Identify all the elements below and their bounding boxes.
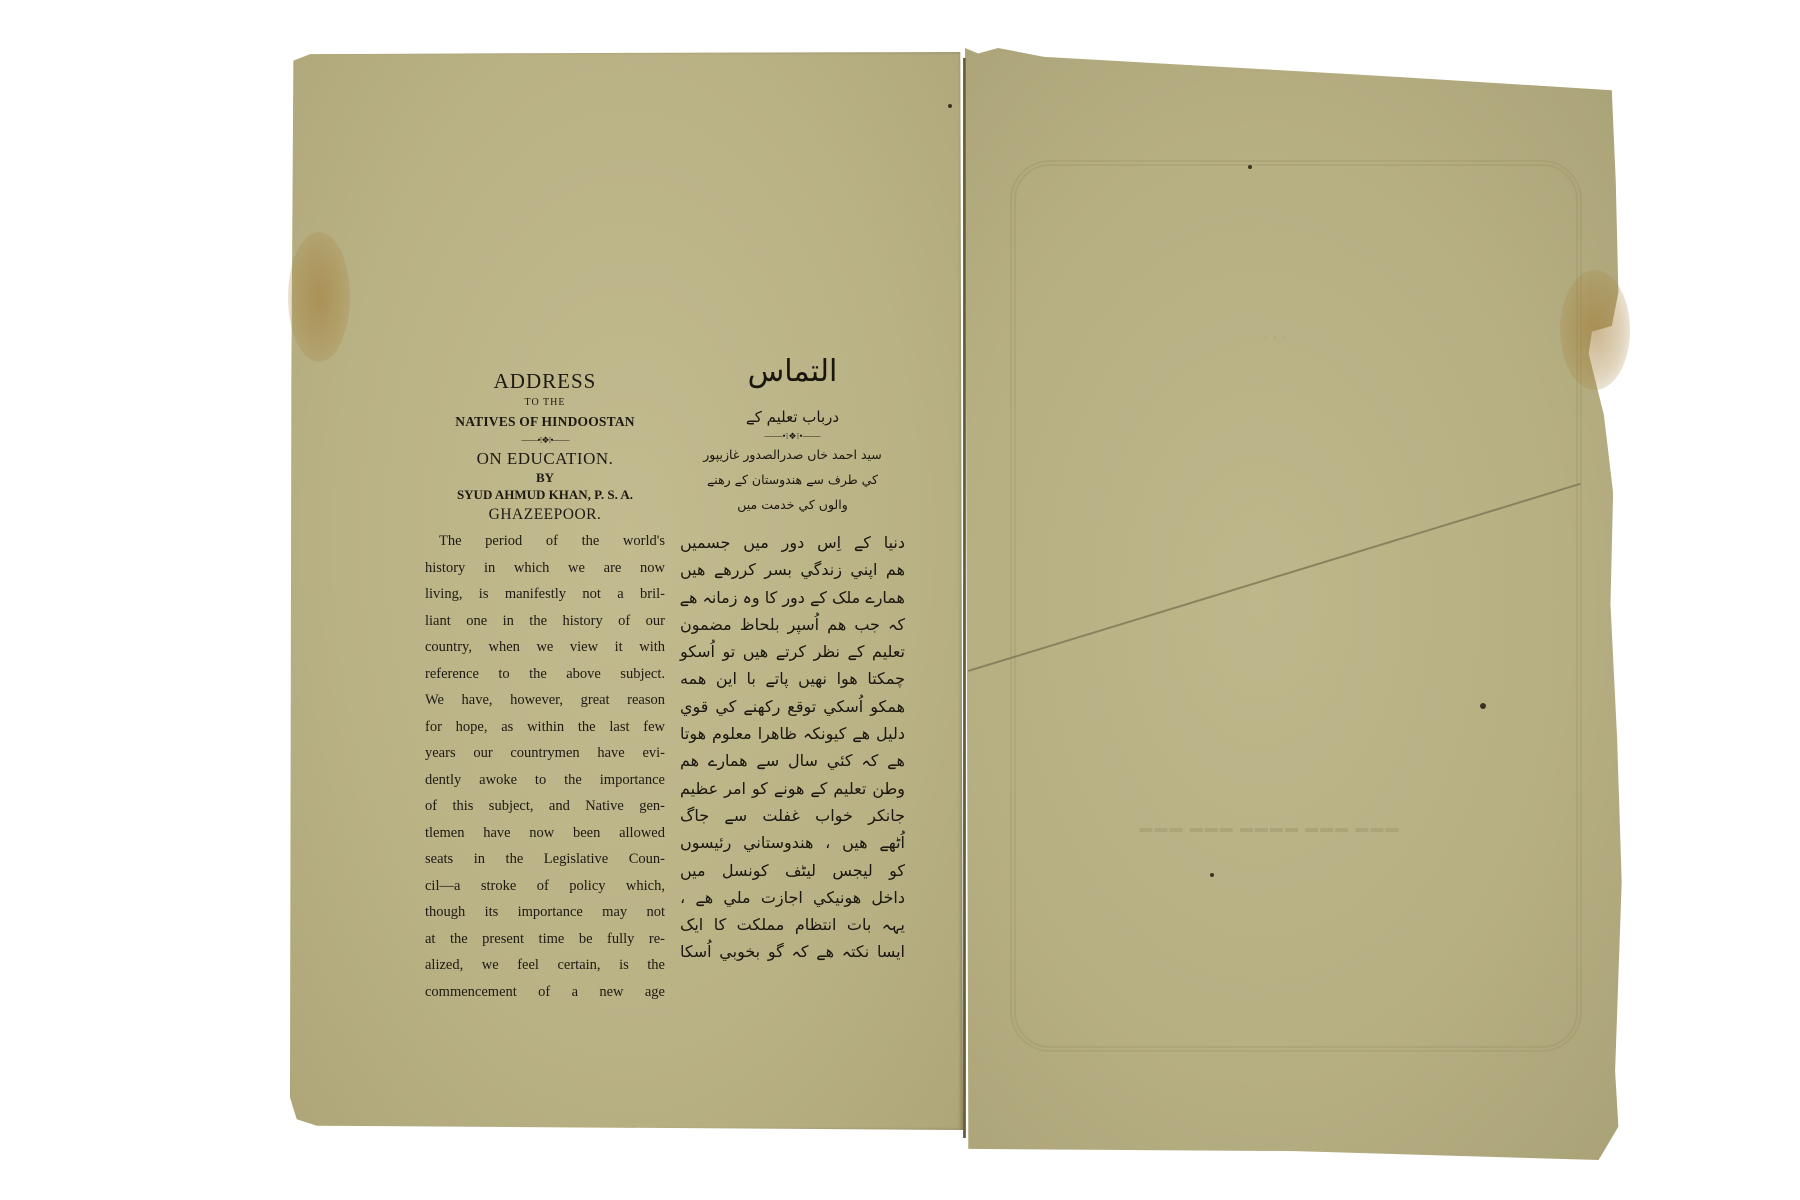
subject-heading: ON EDUCATION. [425, 448, 665, 470]
urdu-column: التماس درباب تعلیم کے ——•⁝❖⁝•—— سید احمد… [680, 350, 905, 966]
urdu-body-line: دلیل هے کیونکہ ظاهرا معلوم هوتا [680, 720, 905, 747]
urdu-body-line: دنیا کے اِس دور میں جسمیں [680, 529, 905, 556]
body-line: of this subject, and Native gen- [425, 793, 665, 820]
ornament-divider: ——•⁝❖⁝•—— [680, 430, 905, 442]
urdu-body-line: کہ جب هم اُسپر بلحاظ مضمون [680, 611, 905, 638]
book-gutter [963, 58, 966, 1138]
urdu-body-line: تعلیم کے نظر کرتے هیں تو اُسکو [680, 638, 905, 665]
body-line: The period of the world's [425, 528, 665, 555]
body-line: tlemen have now been allowed [425, 820, 665, 847]
author-name: SYUD AHMUD KHAN, P. S. A. [425, 486, 665, 504]
urdu-body-line: کو لیجس لیٹف کونسل میں [680, 857, 905, 884]
urdu-body-line: چمکتا هوا نهیں پاتے با این همه [680, 665, 905, 692]
water-stain-right [1560, 270, 1630, 390]
body-line: reference to the above subject. [425, 661, 665, 688]
urdu-body-line: وطن تعلیم کے هونے کو امر عظیم [680, 775, 905, 802]
urdu-subtitle: درباب تعلیم کے [680, 404, 905, 430]
by-label: BY [425, 470, 665, 486]
ink-fleck [1480, 703, 1486, 709]
body-line: alized, we feel certain, is the [425, 952, 665, 979]
urdu-body-line: ایسا نکتہ هے کہ گو بخوبي اُسکا [680, 938, 905, 965]
body-line: history in which we are now [425, 555, 665, 582]
body-line: We have, however, great reason [425, 687, 665, 714]
urdu-body-line: جانکر خواب غفلت سے جاگ [680, 802, 905, 829]
show-through-text: ▬▬▬ ▬▬▬ ▬▬▬▬ ▬▬▬ ▬▬▬ [1060, 820, 1480, 836]
body-line: liant one in the history of our [425, 608, 665, 635]
body-line: dently awoke to the importance [425, 767, 665, 794]
urdu-heading-line: والوں کي خدمت میں [680, 492, 905, 517]
body-line: country, when we view it with [425, 634, 665, 661]
body-line: commencement of a new age [425, 979, 665, 1006]
urdu-body-line: هے کہ کئي سال سے همارے هم [680, 747, 905, 774]
english-column: ADDRESS TO THE NATIVES OF HINDOOSTAN ——•… [425, 368, 665, 1005]
urdu-body-line: هم اپني زندگي بسر کررهے هیں [680, 556, 905, 583]
body-line: years our countrymen have evi- [425, 740, 665, 767]
urdu-body-line: یہہ بات انتظام مملکت کا ایک [680, 911, 905, 938]
body-line: at the present time be fully re- [425, 926, 665, 953]
body-line: cil—a stroke of policy which, [425, 873, 665, 900]
ink-fleck [1210, 873, 1214, 877]
urdu-body-line: همکو اُسکي توقع رکھنے کي قوي [680, 693, 905, 720]
body-line: for hope, as within the last few [425, 714, 665, 741]
urdu-body-line: همارے ملک کے دور کا وہ زمانہ هے [680, 584, 905, 611]
ornament-divider: ——•⁝❖⁝•—— [425, 432, 665, 448]
place-name: GHAZEEPOOR. [425, 504, 665, 526]
ink-fleck [948, 104, 952, 108]
body-line: though its importance may not [425, 899, 665, 926]
urdu-heading-line: سید احمد خاں صدرالصدور غازیپور [680, 442, 905, 467]
urdu-heading-line: کي طرف سے هندوستان کے رهنے [680, 467, 905, 492]
body-line: living, is manifestly not a bril- [425, 581, 665, 608]
body-line: seats in the Legislative Coun- [425, 846, 665, 873]
show-through-text: · · · [1150, 330, 1400, 348]
urdu-title: التماس [680, 350, 905, 394]
ink-fleck [1248, 165, 1252, 169]
show-through-ornamental-border [1010, 160, 1582, 1052]
water-stain-left [288, 232, 350, 362]
urdu-body: دنیا کے اِس دور میں جسمیں هم اپني زندگي … [680, 529, 905, 966]
urdu-body-line: اُٹھے هیں ، هندوستاني رئیسوں [680, 829, 905, 856]
title: ADDRESS [425, 368, 665, 394]
to-the-label: TO THE [425, 394, 665, 412]
english-body: The period of the world's history in whi… [425, 528, 665, 1005]
addressee: NATIVES OF HINDOOSTAN [425, 412, 665, 432]
urdu-body-line: داخل هونیکي اجازت ملي هے ، [680, 884, 905, 911]
